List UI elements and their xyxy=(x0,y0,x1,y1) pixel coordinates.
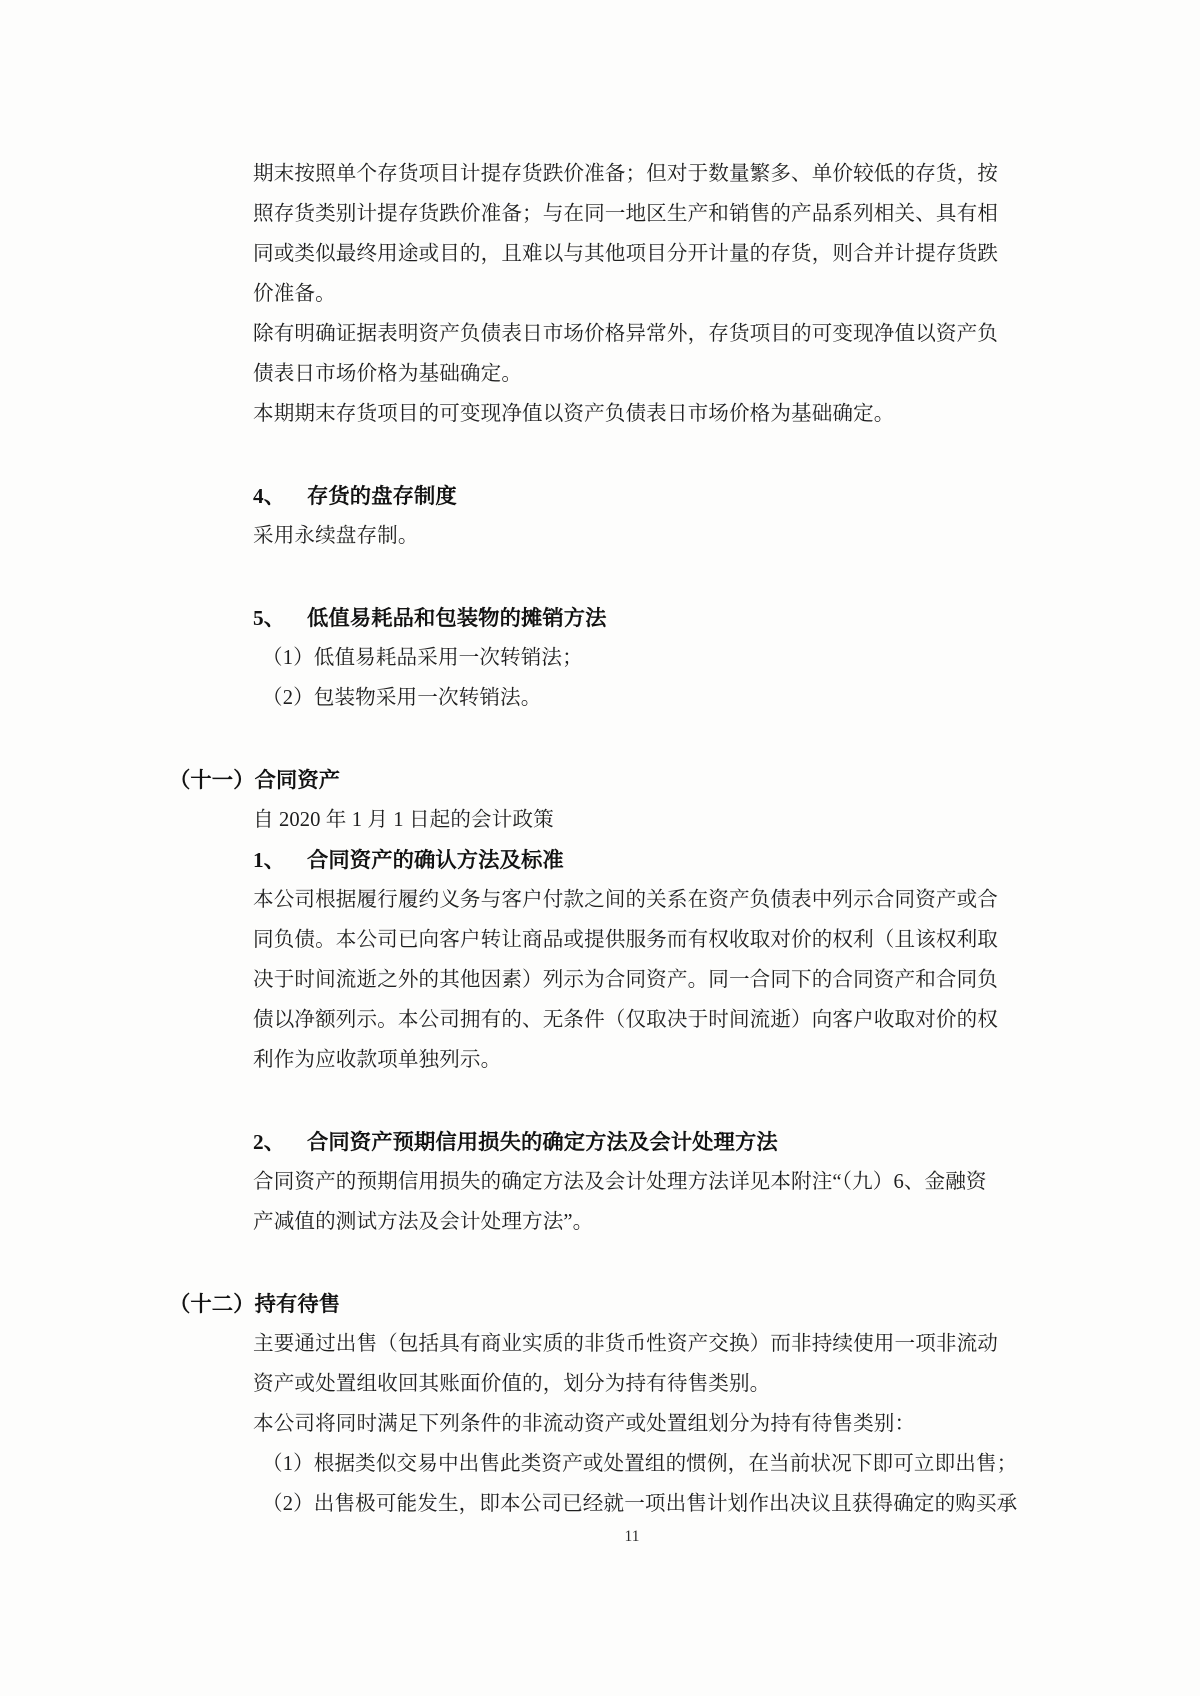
text-line: （2）包装物采用一次转销法。 xyxy=(262,678,1011,718)
paragraph: 采用永续盘存制。 xyxy=(253,516,1011,556)
text-line: 除有明确证据表明资产负债表日市场价格异常外，存货项目的可变现净值以资产负 xyxy=(253,314,1011,354)
heading-number: 2、 xyxy=(253,1122,307,1162)
numbered-heading: 1、合同资产的确认方法及标准 xyxy=(253,840,1011,880)
text-line: 债表日市场价格为基础确定。 xyxy=(253,354,1011,394)
section-heading: （十一）合同资产 xyxy=(169,760,1011,800)
text-line: 本期期末存货项目的可变现净值以资产负债表日市场价格为基础确定。 xyxy=(253,394,1011,434)
text-line: 债以净额列示。本公司拥有的、无条件（仅取决于时间流逝）向客户收取对价的权 xyxy=(253,1000,1011,1040)
list-item: （1）根据类似交易中出售此类资产或处置组的惯例，在当前状况下即可立即出售； xyxy=(262,1444,1011,1484)
list-item: （2）包装物采用一次转销法。 xyxy=(262,678,1011,718)
page-footer: 11 xyxy=(253,1528,1011,1546)
heading-line: 4、存货的盘存制度 xyxy=(253,476,1011,516)
text-line: 采用永续盘存制。 xyxy=(253,516,1011,556)
numbered-heading: 5、低值易耗品和包装物的摊销方法 xyxy=(253,598,1011,638)
paragraph: 本公司将同时满足下列条件的非流动资产或处置组划分为持有待售类别： xyxy=(253,1404,1011,1444)
text-line: 本公司将同时满足下列条件的非流动资产或处置组划分为持有待售类别： xyxy=(253,1404,1011,1444)
paragraph: 主要通过出售（包括具有商业实质的非货币性资产交换）而非持续使用一项非流动资产或处… xyxy=(253,1324,1011,1404)
section-label: （十一） xyxy=(169,760,255,800)
text-line: 价准备。 xyxy=(253,274,1011,314)
paragraph: 合同资产的预期信用损失的确定方法及会计处理方法详见本附注“（九）6、金融资产减值… xyxy=(253,1162,1011,1242)
heading-number: 1、 xyxy=(253,840,307,880)
text-line: 资产或处置组收回其账面价值的，划分为持有待售类别。 xyxy=(253,1364,1011,1404)
document-page: 期末按照单个存货项目计提存货跌价准备；但对于数量繁多、单价较低的存货，按照存货类… xyxy=(0,0,1200,1696)
paragraph: 本期期末存货项目的可变现净值以资产负债表日市场价格为基础确定。 xyxy=(253,394,1011,434)
text-line: 同或类似最终用途或目的，且难以与其他项目分开计量的存货，则合并计提存货跌 xyxy=(253,234,1011,274)
heading-line: （十二）持有待售 xyxy=(169,1284,1011,1324)
paragraph: 期末按照单个存货项目计提存货跌价准备；但对于数量繁多、单价较低的存货，按照存货类… xyxy=(253,154,1011,314)
text-line: （2）出售极可能发生，即本公司已经就一项出售计划作出决议且获得确定的购买承 xyxy=(262,1484,1011,1524)
heading-line: 1、合同资产的确认方法及标准 xyxy=(253,840,1011,880)
text-line: （1）低值易耗品采用一次转销法； xyxy=(262,638,1011,678)
text-line: 期末按照单个存货项目计提存货跌价准备；但对于数量繁多、单价较低的存货，按 xyxy=(253,154,1011,194)
heading-title: 合同资产 xyxy=(255,768,341,792)
numbered-heading: 4、存货的盘存制度 xyxy=(253,476,1011,516)
heading-title: 存货的盘存制度 xyxy=(307,484,457,508)
text-line: （1）根据类似交易中出售此类资产或处置组的惯例，在当前状况下即可立即出售； xyxy=(262,1444,1011,1484)
text-line: 利作为应收款项单独列示。 xyxy=(253,1040,1011,1080)
page-content: 期末按照单个存货项目计提存货跌价准备；但对于数量繁多、单价较低的存货，按照存货类… xyxy=(253,154,1011,1524)
text-line: 合同资产的预期信用损失的确定方法及会计处理方法详见本附注“（九）6、金融资 xyxy=(253,1162,1011,1202)
section-label: （十二） xyxy=(169,1284,255,1324)
text-line: 主要通过出售（包括具有商业实质的非货币性资产交换）而非持续使用一项非流动 xyxy=(253,1324,1011,1364)
text-line: 自 2020 年 1 月 1 日起的会计政策 xyxy=(253,800,1011,840)
text-line: 决于时间流逝之外的其他因素）列示为合同资产。同一合同下的合同资产和合同负 xyxy=(253,960,1011,1000)
numbered-heading: 2、合同资产预期信用损失的确定方法及会计处理方法 xyxy=(253,1122,1011,1162)
heading-title: 低值易耗品和包装物的摊销方法 xyxy=(307,606,607,630)
heading-number: 4、 xyxy=(253,476,307,516)
heading-number: 5、 xyxy=(253,598,307,638)
text-line: 产减值的测试方法及会计处理方法”。 xyxy=(253,1202,1011,1242)
heading-title: 合同资产预期信用损失的确定方法及会计处理方法 xyxy=(307,1130,778,1154)
paragraph: 除有明确证据表明资产负债表日市场价格异常外，存货项目的可变现净值以资产负债表日市… xyxy=(253,314,1011,394)
heading-title: 持有待售 xyxy=(255,1292,341,1316)
section-heading: （十二）持有待售 xyxy=(169,1284,1011,1324)
page-number: 11 xyxy=(625,1528,640,1545)
text-line: 同负债。本公司已向客户转让商品或提供服务而有权收取对价的权利（且该权利取 xyxy=(253,920,1011,960)
text-line: 照存货类别计提存货跌价准备；与在同一地区生产和销售的产品系列相关、具有相 xyxy=(253,194,1011,234)
text-line: 本公司根据履行履约义务与客户付款之间的关系在资产负债表中列示合同资产或合 xyxy=(253,880,1011,920)
paragraph: 本公司根据履行履约义务与客户付款之间的关系在资产负债表中列示合同资产或合同负债。… xyxy=(253,880,1011,1080)
heading-line: 5、低值易耗品和包装物的摊销方法 xyxy=(253,598,1011,638)
paragraph: 自 2020 年 1 月 1 日起的会计政策 xyxy=(253,800,1011,840)
list-item: （2）出售极可能发生，即本公司已经就一项出售计划作出决议且获得确定的购买承 xyxy=(262,1484,1011,1524)
list-item: （1）低值易耗品采用一次转销法； xyxy=(262,638,1011,678)
heading-line: （十一）合同资产 xyxy=(169,760,1011,800)
heading-title: 合同资产的确认方法及标准 xyxy=(307,848,564,872)
heading-line: 2、合同资产预期信用损失的确定方法及会计处理方法 xyxy=(253,1122,1011,1162)
